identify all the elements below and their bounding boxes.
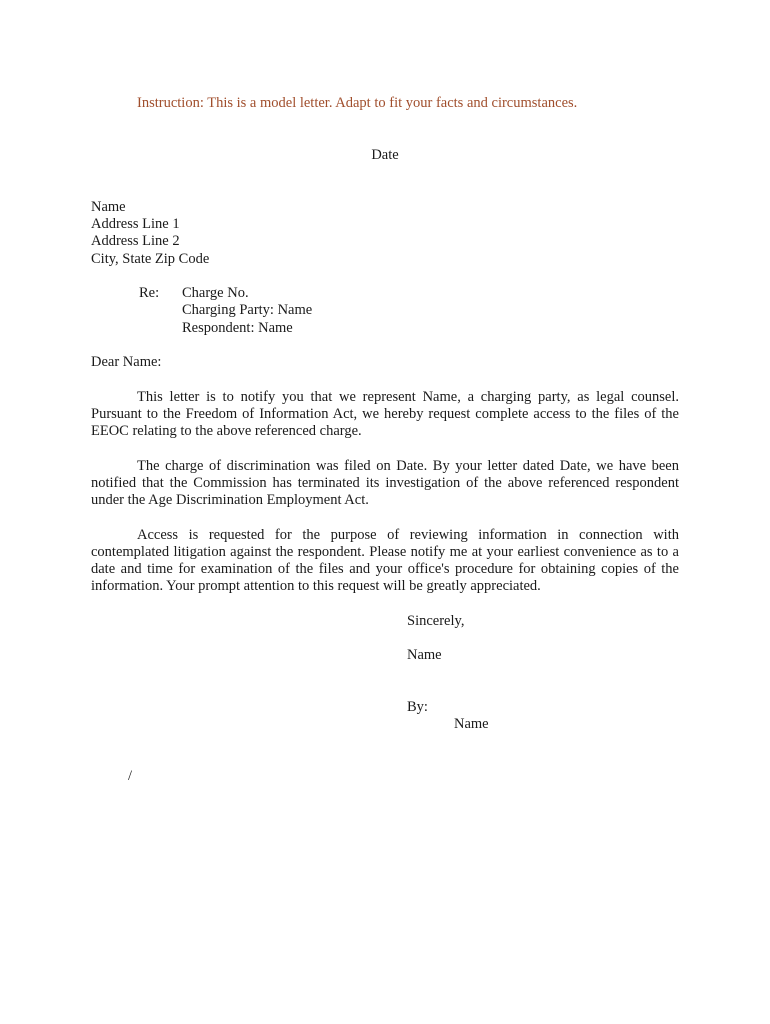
footer-slash-mark: / bbox=[128, 768, 679, 785]
re-charge-number: Charge No. bbox=[182, 285, 312, 302]
re-charging-party: Charging Party: Name bbox=[182, 302, 312, 319]
closing-by-label: By: bbox=[407, 699, 679, 716]
recipient-address-block: Name Address Line 1 Address Line 2 City,… bbox=[91, 199, 679, 268]
recipient-name: Name bbox=[91, 199, 679, 216]
body-paragraph-3: Access is requested for the purpose of r… bbox=[91, 527, 679, 596]
letter-page: Instruction: This is a model letter. Ada… bbox=[0, 0, 770, 1024]
re-lines: Charge No. Charging Party: Name Responde… bbox=[182, 285, 312, 337]
signature-block: Sincerely, Name By: Name bbox=[407, 613, 679, 734]
closing-sincerely: Sincerely, bbox=[407, 613, 679, 630]
salutation: Dear Name: bbox=[91, 354, 679, 371]
re-respondent: Respondent: Name bbox=[182, 320, 312, 337]
closing-by-name: Name bbox=[454, 716, 679, 733]
recipient-address-line-2: Address Line 2 bbox=[91, 233, 679, 250]
body-paragraph-2: The charge of discrimination was filed o… bbox=[91, 458, 679, 510]
closing-signer-name: Name bbox=[407, 647, 679, 664]
body-paragraph-1: This letter is to notify you that we rep… bbox=[91, 389, 679, 441]
date-line: Date bbox=[91, 147, 679, 164]
recipient-city-state-zip: City, State Zip Code bbox=[91, 251, 679, 268]
re-block: Re: Charge No. Charging Party: Name Resp… bbox=[139, 285, 679, 337]
re-label: Re: bbox=[139, 285, 182, 337]
recipient-address-line-1: Address Line 1 bbox=[91, 216, 679, 233]
instruction-line: Instruction: This is a model letter. Ada… bbox=[137, 95, 679, 112]
